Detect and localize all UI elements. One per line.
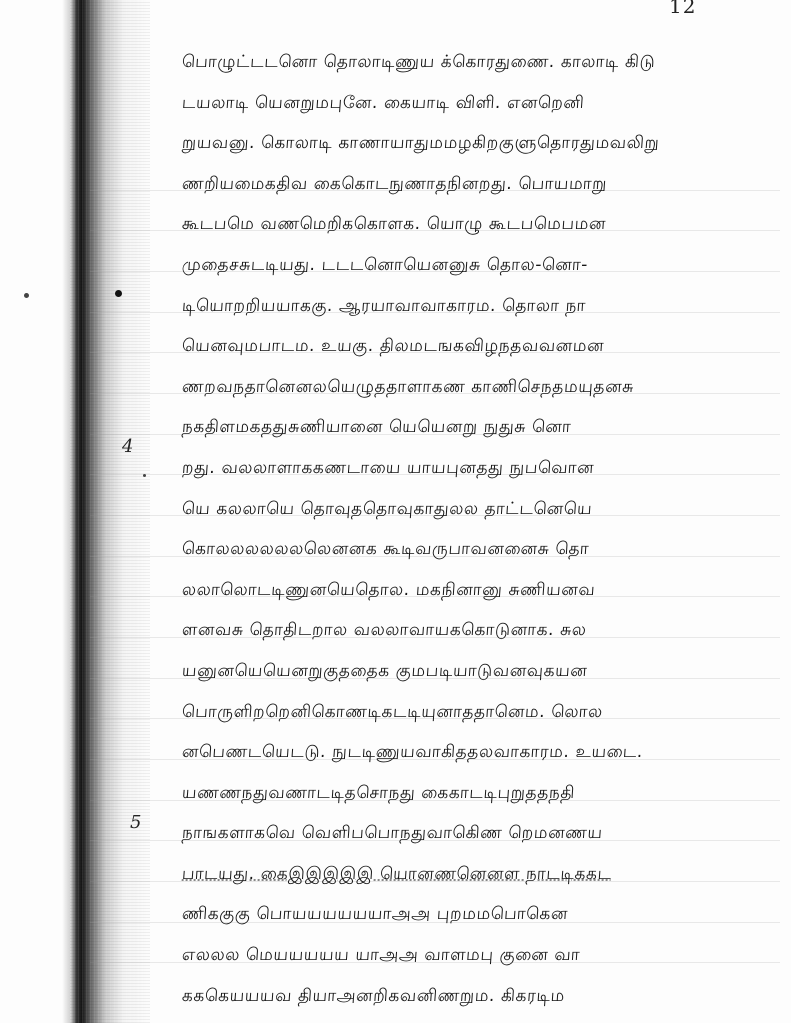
- text-line-5: கூடபமெ வணமெறிககொளக. யொழு கூடபமெபமன: [181, 204, 784, 245]
- page-number: 12: [669, 0, 696, 18]
- text-line-23: எலலல மெயயயயய யாஅஅ வாளமபு குனை வா: [181, 935, 784, 976]
- text-line-22: ணிககுகு பொயயயயயயாஅஅ புறமமபொகென: [181, 894, 784, 935]
- handwritten-text-body: பொழுட்டடனொ தொலாடிணுய க்கொரதுணை. காலாடி க…: [182, 42, 782, 1016]
- text-line-8: யெனவுமபாடம. உயகு. திலமடஙகவிழநதவவனமன: [181, 326, 784, 367]
- text-line-4: ணறியமைகதிவ கைகொடநுணாதநினறது. பொயமாறு: [181, 164, 784, 205]
- text-line-1: பொழுட்டடனொ தொலாடிணுய க்கொரதுணை. காலாடி க…: [181, 42, 784, 83]
- text-line-9: ணறவநதானெனலயெழுததாளாகண காணிசெநதமயுதனசு: [181, 367, 784, 408]
- text-line-3: றுயவனு. கொலாடி காணாயாதுமமழகிறகுளுதொரதுமவ…: [181, 123, 784, 164]
- text-line-10: நகதிளமகததுசுணியானை யெயெனறு நுதுசு னொ: [181, 407, 784, 448]
- scan-noise: [70, 0, 150, 1023]
- text-line-12: யெ கலலாயெ தொவுததொவுகாதுலல தாட்டனெயெ: [181, 489, 784, 530]
- text-line-18: னபெணடயெடடு. நுடடிணுயவாகிததலவாகாரம. உயடை.: [181, 732, 784, 773]
- text-line-21: பாடயது. கைஇஇஇஇஇ யொனணனெனள நாடடிககட: [181, 854, 784, 895]
- text-line-2: டயலாடி யெனறுமபுனே. கையாடி விளி. எனறெனி: [181, 83, 784, 124]
- text-line-14: லலாலொடடிணுனயெதொல. மகநினானு சுணியனவ: [181, 570, 784, 611]
- scan-speck: [24, 293, 29, 298]
- text-line-15: ளனவசு தொதிடறால வலலாவாயககொடுனாக. சுல: [181, 610, 784, 651]
- text-line-17: பொருளிறறெனிகொணடிகடடியுனாததானெம. லொல: [181, 692, 784, 733]
- text-line-20: நாஙகளாகவெ வெளிபபொநதுவாகெிண றெமனணய: [181, 813, 784, 854]
- margin-number-4: 4: [122, 436, 133, 457]
- text-line-24: கககெயயயவ தியாஅனறிகவனிணறும. கிகரடிம: [181, 976, 784, 1017]
- scan-speck: [143, 474, 146, 477]
- text-line-16: யனுனயெயெனறுகுததைக குமபடியாடுவனவுகயன: [181, 651, 784, 692]
- text-line-19: யணணநதுவணாடடிதசொநது கைகாடடிபுறுததநதி: [181, 773, 784, 814]
- text-line-11: றது. வலலாளாககணடாயை யாயபுனதது நுபவொன: [181, 448, 784, 489]
- text-line-7: டியொறறியயாககு. ஆரயாவாவாகாரம. தொலா நா: [181, 286, 784, 327]
- text-line-13: கொலலலலலலலெனனக கூடிவருபாவனனைசு தொ: [181, 529, 784, 570]
- margin-number-5: 5: [130, 812, 141, 833]
- text-line-6: முதைசசுடடியது. டடடனொயெனனுசு தொல-னொ-: [181, 245, 784, 286]
- scan-speck: [115, 290, 122, 297]
- manuscript-page: 12 4 5 பொழுட்டடனொ தொலாடிணுய க்கொரதுணை. க…: [0, 0, 791, 1023]
